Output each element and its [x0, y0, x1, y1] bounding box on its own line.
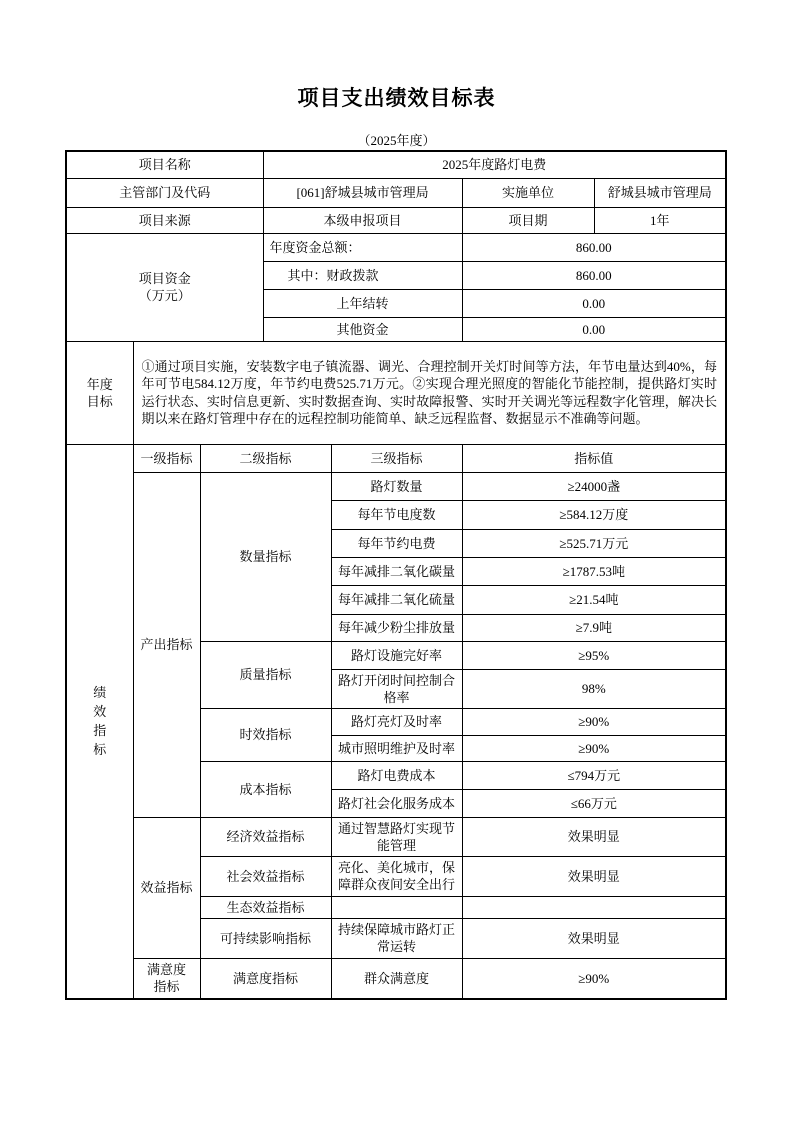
level2-sustainable: 可持续影响指标 [200, 918, 331, 958]
period-value: 1年 [594, 207, 726, 233]
metric-value: ≥525.71万元 [462, 529, 726, 557]
performance-target-table: 项目名称 2025年度路灯电费 主管部门及代码 [061]舒城县城市管理局 实施… [65, 150, 727, 1000]
table-row: 满意度指标 满意度指标 群众满意度 ≥90% [66, 958, 726, 999]
metric-name: 路灯开闭时间控制合格率 [331, 669, 462, 708]
table-row: 产出指标 数量指标 路灯数量 ≥24000盏 [66, 472, 726, 500]
metric-value: ≥95% [462, 641, 726, 669]
metric-value: 效果明显 [462, 856, 726, 896]
metric-name: 路灯设施完好率 [331, 641, 462, 669]
funds-total-label: 年度资金总额： [263, 233, 462, 261]
level2-timeliness: 时效指标 [200, 708, 331, 761]
table-row: 项目来源 本级申报项目 项目期 1年 [66, 207, 726, 233]
page-subtitle: （2025年度） [0, 130, 793, 149]
annual-goal-text: ①通过项目实施，安装数字电子镇流器、调光、合理控制开关灯时间等方法，年节电量达到… [133, 341, 726, 444]
funds-carryover-value: 0.00 [462, 289, 726, 317]
metric-value [462, 896, 726, 918]
metric-value: ≥90% [462, 958, 726, 999]
metric-value: 效果明显 [462, 918, 726, 958]
level2-quality: 质量指标 [200, 641, 331, 708]
header-level2: 二级指标 [200, 444, 331, 472]
metric-name: 通过智慧路灯实现节能管理 [331, 817, 462, 856]
metric-name: 每年减少粉尘排放量 [331, 614, 462, 641]
annual-goal-label: 年度目标 [66, 341, 133, 444]
metric-name: 每年节电度数 [331, 500, 462, 529]
performance-side-label: 绩效指标 [66, 444, 133, 999]
document-page: 项目支出绩效目标表 （2025年度） 项目名称 2025年度路灯电费 主管部门及… [0, 0, 793, 1122]
metric-value: ≥7.9吨 [462, 614, 726, 641]
funds-label: 项目资金（万元） [66, 233, 263, 341]
source-value: 本级申报项目 [263, 207, 462, 233]
funds-label-text: 项目资金（万元） [137, 270, 192, 304]
table-row: 项目资金（万元） 年度资金总额： 860.00 [66, 233, 726, 261]
table-row: 效益指标 经济效益指标 通过智慧路灯实现节能管理 效果明显 [66, 817, 726, 856]
dept-label: 主管部门及代码 [66, 178, 263, 207]
funds-other-value: 0.00 [462, 317, 726, 341]
page-title: 项目支出绩效目标表 [0, 82, 793, 112]
metric-value: ≥584.12万度 [462, 500, 726, 529]
metric-name: 群众满意度 [331, 958, 462, 999]
level1-output: 产出指标 [133, 472, 200, 817]
project-name-value: 2025年度路灯电费 [263, 151, 726, 178]
metric-value: ≤66万元 [462, 789, 726, 817]
metric-value: ≥90% [462, 735, 726, 761]
metric-value: ≥1787.53吨 [462, 557, 726, 585]
impl-unit-value: 舒城县城市管理局 [594, 178, 726, 207]
metric-value: ≥90% [462, 708, 726, 735]
metric-value: ≤794万元 [462, 761, 726, 789]
level1-benefit: 效益指标 [133, 817, 200, 958]
level2-social: 社会效益指标 [200, 856, 331, 896]
metric-name [331, 896, 462, 918]
metric-value: 98% [462, 669, 726, 708]
funds-total-value: 860.00 [462, 233, 726, 261]
source-label: 项目来源 [66, 207, 263, 233]
table-row: 绩效指标 一级指标 二级指标 三级指标 指标值 [66, 444, 726, 472]
funds-carryover-label: 上年结转 [263, 289, 462, 317]
metric-name: 城市照明维护及时率 [331, 735, 462, 761]
table-row: 年度目标 ①通过项目实施，安装数字电子镇流器、调光、合理控制开关灯时间等方法，年… [66, 341, 726, 444]
level2-satisfaction: 满意度指标 [200, 958, 331, 999]
impl-unit-label: 实施单位 [462, 178, 594, 207]
annual-goal-label-text: 年度目标 [86, 376, 114, 410]
project-name-label: 项目名称 [66, 151, 263, 178]
metric-name: 路灯亮灯及时率 [331, 708, 462, 735]
metric-name: 每年减排二氧化硫量 [331, 585, 462, 614]
header-value: 指标值 [462, 444, 726, 472]
table-row: 项目名称 2025年度路灯电费 [66, 151, 726, 178]
dept-value: [061]舒城县城市管理局 [263, 178, 462, 207]
header-level1: 一级指标 [133, 444, 200, 472]
metric-name: 每年减排二氧化碳量 [331, 557, 462, 585]
metric-name: 亮化、美化城市，保障群众夜间安全出行 [331, 856, 462, 896]
period-label: 项目期 [462, 207, 594, 233]
funds-fiscal-label: 其中：财政拨款 [263, 261, 462, 289]
table-row: 主管部门及代码 [061]舒城县城市管理局 实施单位 舒城县城市管理局 [66, 178, 726, 207]
metric-value: 效果明显 [462, 817, 726, 856]
metric-name: 路灯数量 [331, 472, 462, 500]
metric-value: ≥24000盏 [462, 472, 726, 500]
metric-name: 持续保障城市路灯正常运转 [331, 918, 462, 958]
funds-other-label: 其他资金 [263, 317, 462, 341]
performance-side-label-text: 绩效指标 [93, 683, 107, 759]
level1-satisfaction: 满意度指标 [133, 958, 200, 999]
metric-name: 每年节约电费 [331, 529, 462, 557]
header-level3: 三级指标 [331, 444, 462, 472]
metric-value: ≥21.54吨 [462, 585, 726, 614]
metric-name: 路灯社会化服务成本 [331, 789, 462, 817]
level2-ecological: 生态效益指标 [200, 896, 331, 918]
metric-name: 路灯电费成本 [331, 761, 462, 789]
funds-fiscal-value: 860.00 [462, 261, 726, 289]
level2-cost: 成本指标 [200, 761, 331, 817]
level2-economic: 经济效益指标 [200, 817, 331, 856]
level2-quantity: 数量指标 [200, 472, 331, 641]
